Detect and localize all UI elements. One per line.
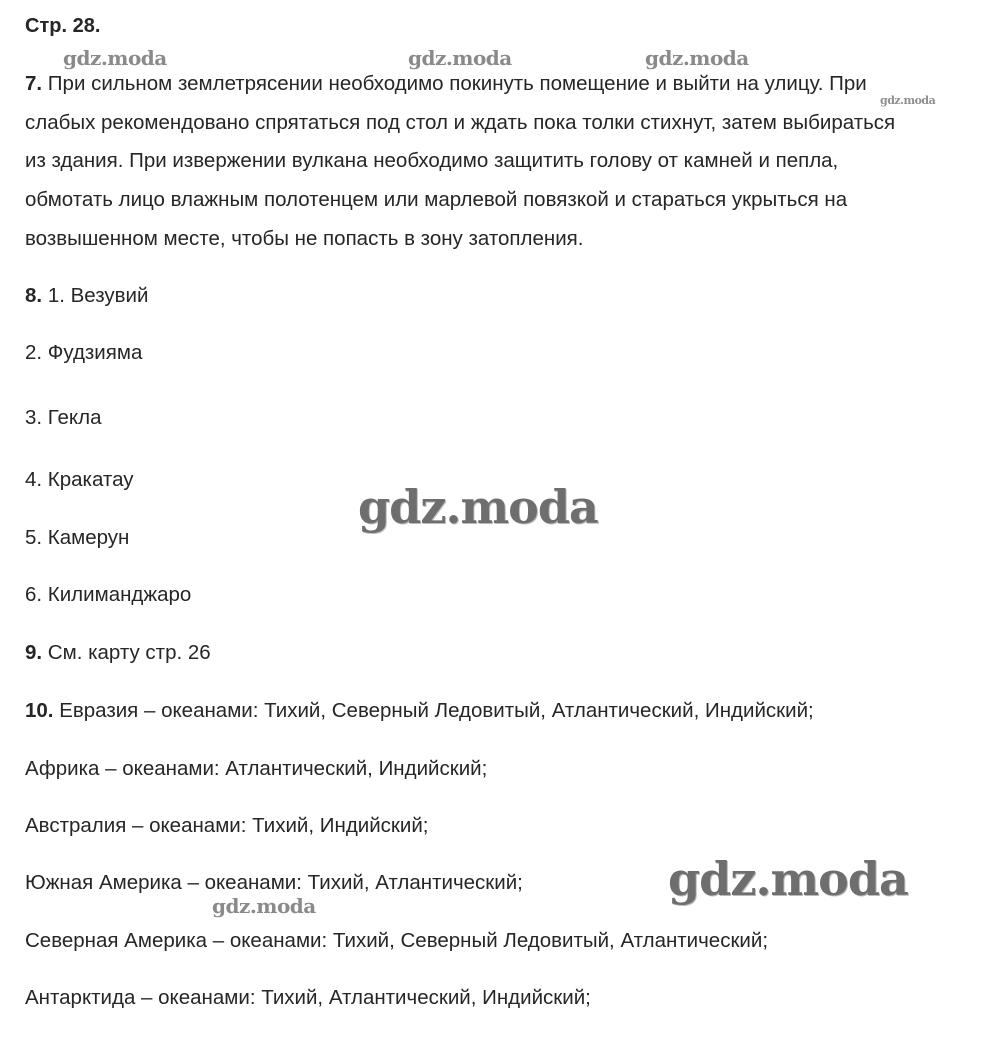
task8-item: 2. Фудзияма	[25, 341, 142, 365]
task8-item: 5. Камерун	[25, 526, 129, 550]
task8-item: 4. Кракатау	[25, 468, 134, 492]
page-title: Стр. 28.	[25, 14, 100, 38]
task7-line: 7. При сильном землетрясении необходимо …	[25, 72, 867, 96]
task10-text: Евразия – океанами: Тихий, Северный Ледо…	[54, 699, 814, 722]
task8-item: 8. 1. Везувий	[25, 284, 148, 308]
task-number: 7.	[25, 72, 42, 95]
task7-line: из здания. При извержении вулкана необхо…	[25, 149, 838, 173]
task-number: 10.	[25, 699, 54, 722]
task7-line: возвышенном месте, чтобы не попасть в зо…	[25, 227, 583, 251]
task8-item: 3. Гекла	[25, 406, 102, 430]
task9-line: 9. См. карту стр. 26	[25, 641, 211, 665]
task10-line: Южная Америка – океанами: Тихий, Атланти…	[25, 871, 523, 895]
volcano-name: 1. Везувий	[48, 284, 149, 307]
watermark: gdz.moda	[358, 480, 598, 534]
watermark: gdz.moda	[408, 46, 512, 70]
task7-line: обмотать лицо влажным полотенцем или мар…	[25, 188, 847, 212]
watermark: gdz.moda	[212, 894, 316, 918]
task10-line: Антарктида – океанами: Тихий, Атлантичес…	[25, 986, 591, 1010]
watermark: gdz.moda	[880, 94, 935, 107]
task7-line: слабых рекомендовано спрятаться под стол…	[25, 111, 895, 135]
watermark: gdz.moda	[63, 46, 167, 70]
task10-line: 10. Евразия – океанами: Тихий, Северный …	[25, 699, 814, 723]
task-number: 9.	[25, 641, 42, 664]
task7-text: При сильном землетрясении необходимо пок…	[42, 72, 867, 95]
task10-line: Африка – океанами: Атлантический, Индийс…	[25, 757, 487, 781]
task8-item: 6. Килиманджаро	[25, 583, 191, 607]
task9-text: См. карту стр. 26	[42, 641, 211, 664]
task10-line: Северная Америка – океанами: Тихий, Севе…	[25, 929, 768, 953]
watermark: gdz.moda	[668, 852, 908, 906]
task-number: 8.	[25, 284, 42, 307]
watermark: gdz.moda	[645, 46, 749, 70]
task10-line: Австралия – океанами: Тихий, Индийский;	[25, 814, 429, 838]
